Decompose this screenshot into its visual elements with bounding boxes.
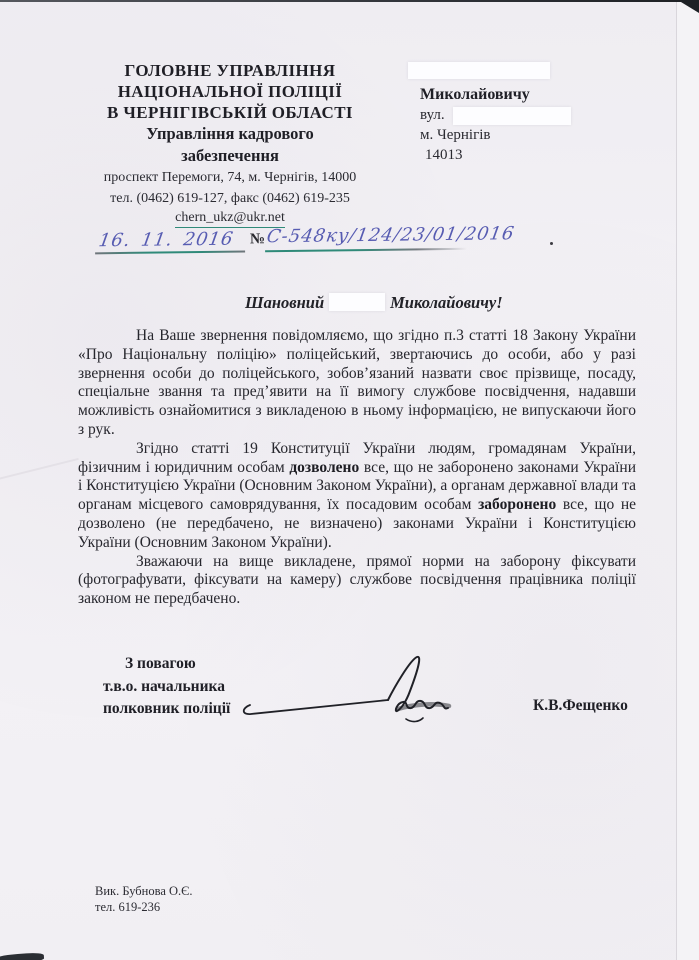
number-sign: № <box>250 231 265 248</box>
executor-name: Вик. Бубнова О.Є. <box>95 883 193 899</box>
letterhead-address: проспект Перемоги, 74, м. Чернігів, 1400… <box>64 169 396 188</box>
paragraph-2-bold-dozvoleno: дозволено <box>289 459 359 476</box>
letterhead-phone: тел. (0462) 619-127, факс (0462) 619-235 <box>64 190 396 209</box>
recipient-patronymic: Миколайовичу <box>420 85 620 105</box>
paragraph-2-bold-zaboroneno: заборонено <box>478 496 556 513</box>
letterhead: ГОЛОВНЕ УПРАВЛІННЯ НАЦІОНАЛЬНОЇ ПОЛІЦІЇ … <box>64 60 396 228</box>
scan-artifact-dot <box>550 242 553 245</box>
signature-closing-block: З повагою т.в.о. начальника полковник по… <box>103 653 230 721</box>
signatory-name: К.В.Фещенко <box>533 697 628 715</box>
letterhead-email: chern_ukz@ukr.net <box>175 209 285 228</box>
paragraph-2: Згідно статті 19 Конституції України люд… <box>78 440 636 553</box>
paper-crease <box>0 458 79 480</box>
redacted-salutation-name <box>329 293 385 311</box>
paragraph-3: Зважаючи на вище викладене, прямої норми… <box>78 553 636 609</box>
date-underline <box>95 250 245 254</box>
scan-edge-bottom-left <box>0 952 44 960</box>
recipient-city: м. Чернігів <box>420 125 620 145</box>
recipient-postal-code: 14013 <box>420 145 620 165</box>
closing-title-line1: т.в.о. начальника <box>103 676 230 699</box>
scan-background-strip <box>677 0 699 960</box>
redacted-recipient-name <box>408 62 550 79</box>
handwritten-number: С-548ку/124/23/01/2016 <box>265 223 516 247</box>
redacted-street-name <box>453 107 571 125</box>
org-name-line1: ГОЛОВНЕ УПРАВЛІННЯ <box>64 60 396 81</box>
department-line2: забезпечення <box>64 145 396 167</box>
reference-line: 16. 11. 2016 № С-548ку/124/23/01/2016 <box>95 224 475 263</box>
recipient-block: Миколайовичу вул. м. Чернігів 14013 <box>420 60 620 165</box>
letter-body: На Ваше звернення повідомляємо, що згідн… <box>78 327 636 609</box>
scanned-letter-page: ГОЛОВНЕ УПРАВЛІННЯ НАЦІОНАЛЬНОЇ ПОЛІЦІЇ … <box>0 0 699 960</box>
org-name-line2: НАЦІОНАЛЬНОЇ ПОЛІЦІЇ <box>64 81 396 102</box>
salutation: ШановнийМиколайовичу! <box>245 293 503 313</box>
closing-regards: З повагою <box>103 653 230 676</box>
salutation-suffix: Миколайовичу! <box>390 293 503 312</box>
paper-right-edge <box>676 0 677 960</box>
signature-scribble <box>238 648 468 738</box>
recipient-street-line: вул. <box>420 105 620 125</box>
number-underline <box>265 248 467 252</box>
department-line1: Управління кадрового <box>64 123 396 145</box>
org-name-line3: В ЧЕРНІГІВСЬКІЙ ОБЛАСТІ <box>64 102 396 123</box>
executor-footer: Вик. Бубнова О.Є. тел. 619-236 <box>95 883 193 915</box>
paragraph-1: На Ваше звернення повідомляємо, що згідн… <box>78 327 636 440</box>
handwritten-date: 16. 11. 2016 <box>97 229 235 252</box>
salutation-prefix: Шановний <box>245 293 324 312</box>
street-label: вул. <box>420 107 445 123</box>
closing-title-line2: полковник поліції <box>103 698 230 721</box>
executor-phone: тел. 619-236 <box>95 899 193 915</box>
scan-edge-top <box>0 0 699 2</box>
